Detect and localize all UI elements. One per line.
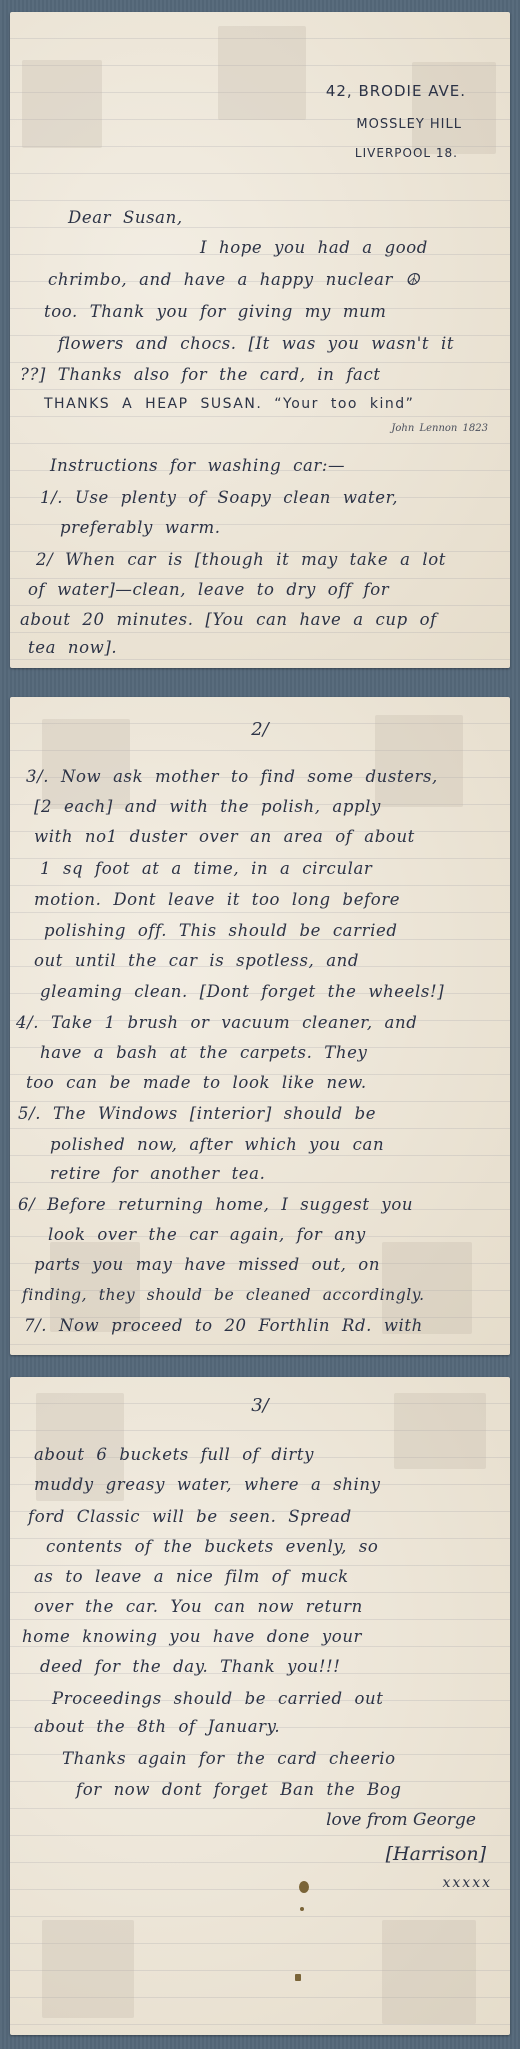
letter-line: Proceedings should be carried out <box>52 1689 492 1708</box>
letter-line: ford Classic will be seen. Spread <box>28 1507 492 1526</box>
address-line-2: Mossley Hill <box>356 117 462 132</box>
letter-line: too. Thank you for giving my mum <box>44 302 492 321</box>
letter-line: for now dont forget Ban the Bog <box>76 1780 492 1799</box>
letter-line: polishing off. This should be carried <box>44 921 492 940</box>
tape-mark <box>42 1920 134 2018</box>
letter-line: gleaming clean. [Dont forget the wheels!… <box>40 982 492 1001</box>
letter-line: flowers and chocs. [It was you wasn't it <box>58 334 492 353</box>
tape-mark <box>218 26 306 120</box>
tape-mark <box>22 60 102 148</box>
ink-spot <box>300 1907 304 1911</box>
letter-line: muddy greasy water, where a shiny <box>34 1475 492 1494</box>
letter-line: [2 each] and with the polish, apply <box>34 797 492 816</box>
page-number: 2/ <box>10 719 510 740</box>
kisses: xxxxx <box>443 1875 492 1891</box>
letter-line: THANKS A HEAP SUSAN. “Your too kind” <box>44 396 492 412</box>
instruction-step: 1/. Use plenty of Soapy clean water, <box>40 488 492 507</box>
letter-line: Thanks again for the card cheerio <box>62 1749 492 1768</box>
letter-line: home knowing you have done your <box>22 1627 492 1646</box>
letter-line: as to leave a nice film of muck <box>34 1567 492 1586</box>
letter-line: ??] Thanks also for the card, in fact <box>20 365 492 384</box>
instruction-step: of water]—clean, leave to dry off for <box>28 580 492 599</box>
instruction-step: about 20 minutes. [You can have a cup of <box>20 610 492 629</box>
letter-page-3: 3/ about 6 buckets full of dirty muddy g… <box>10 1377 510 2035</box>
letter-line: 1 sq foot at a time, in a circular <box>40 859 492 878</box>
letter-line: too can be made to look like new. <box>26 1073 492 1092</box>
address-line-3: Liverpool 18. <box>355 146 458 160</box>
instruction-step: 2/ When car is [though it may take a lot <box>36 550 492 569</box>
letter-line: motion. Dont leave it too long before <box>34 890 492 909</box>
letter-line: 7/. Now proceed to 20 Forthlin Rd. with <box>24 1316 492 1335</box>
letter-line: retire for another tea. <box>50 1164 492 1183</box>
salutation: Dear Susan, <box>68 208 492 227</box>
letter-line: 5/. The Windows [interior] should be <box>18 1104 492 1123</box>
letter-line: I hope you had a good <box>200 238 492 257</box>
tape-mark <box>382 1920 476 2024</box>
letter-line: polished now, after which you can <box>50 1135 492 1154</box>
page-number: 3/ <box>10 1395 510 1416</box>
letter-line: out until the car is spotless, and <box>34 951 492 970</box>
letter-line: finding, they should be cleaned accordin… <box>22 1286 492 1304</box>
letter-line: contents of the buckets evenly, so <box>46 1537 492 1556</box>
letter-line: deed for the day. Thank you!!! <box>40 1657 492 1676</box>
address-line-1: 42, Brodie Ave. <box>326 82 466 100</box>
letter-line: have a bash at the carpets. They <box>40 1043 492 1062</box>
attribution-note: John Lennon 1823 <box>391 423 488 434</box>
letter-line: about 6 buckets full of dirty <box>34 1445 492 1464</box>
instruction-step: tea now]. <box>28 638 492 657</box>
letter-line: chrimbo, and have a happy nuclear ☮ <box>48 270 492 289</box>
letter-line: 6/ Before returning home, I suggest you <box>18 1195 492 1214</box>
ink-spot <box>299 1881 309 1893</box>
letter-page-2: 2/ 3/. Now ask mother to find some duste… <box>10 697 510 1355</box>
letter-line: with no1 duster over an area of about <box>34 827 492 846</box>
instructions-heading: Instructions for washing car:— <box>50 456 492 475</box>
letter-line: over the car. You can now return <box>34 1597 492 1616</box>
letter-line: parts you may have missed out, on <box>34 1255 492 1274</box>
letter-line: 4/. Take 1 brush or vacuum cleaner, and <box>16 1013 492 1032</box>
tape-mark <box>412 62 496 154</box>
instruction-step: preferably warm. <box>60 518 492 537</box>
letter-line: 3/. Now ask mother to find some dusters, <box>26 767 492 786</box>
letter-page-1: 42, Brodie Ave. Mossley Hill Liverpool 1… <box>10 12 510 668</box>
signature: [Harrison] <box>386 1843 486 1865</box>
letter-line: about the 8th of January. <box>34 1717 492 1736</box>
letter-line: look over the car again, for any <box>48 1225 492 1244</box>
closing: love from George <box>326 1810 476 1830</box>
ink-spot <box>295 1974 301 1981</box>
